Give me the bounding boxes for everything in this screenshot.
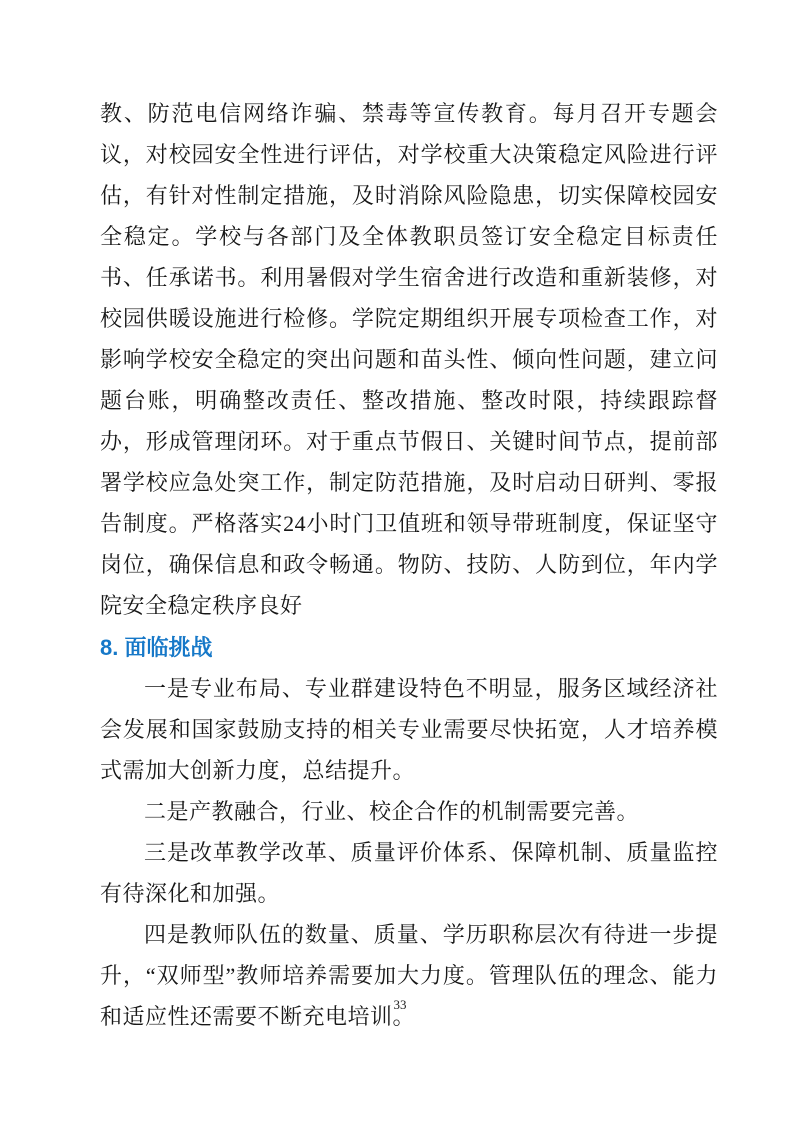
section-heading: 8. 面临挑战 [100, 627, 718, 668]
page-number: 33 [394, 997, 407, 1012]
paragraph-continuation: 教、防范电信网络诈骗、禁毒等宣传教育。每月召开专题会议，对校园安全性进行评估，对… [100, 93, 718, 626]
page-content: 教、防范电信网络诈骗、禁毒等宣传教育。每月召开专题会议，对校园安全性进行评估，对… [100, 93, 718, 1037]
paragraph: 二是产教融合，行业、校企合作的机制需要完善。 [100, 791, 718, 832]
page-footer: 33 [0, 996, 800, 1014]
paragraph: 三是改革教学改革、质量评价体系、保障机制、质量监控有待深化和加强。 [100, 832, 718, 914]
paragraph: 一是专业布局、专业群建设特色不明显，服务区域经济社会发展和国家鼓励支持的相关专业… [100, 668, 718, 791]
paragraph: 四是教师队伍的数量、质量、学历职称层次有待进一步提升，“双师型”教师培养需要加大… [100, 914, 718, 1037]
document-page: 教、防范电信网络诈骗、禁毒等宣传教育。每月召开专题会议，对校园安全性进行评估，对… [0, 0, 800, 1131]
challenge-paragraph-list: 一是专业布局、专业群建设特色不明显，服务区域经济社会发展和国家鼓励支持的相关专业… [100, 668, 718, 1037]
